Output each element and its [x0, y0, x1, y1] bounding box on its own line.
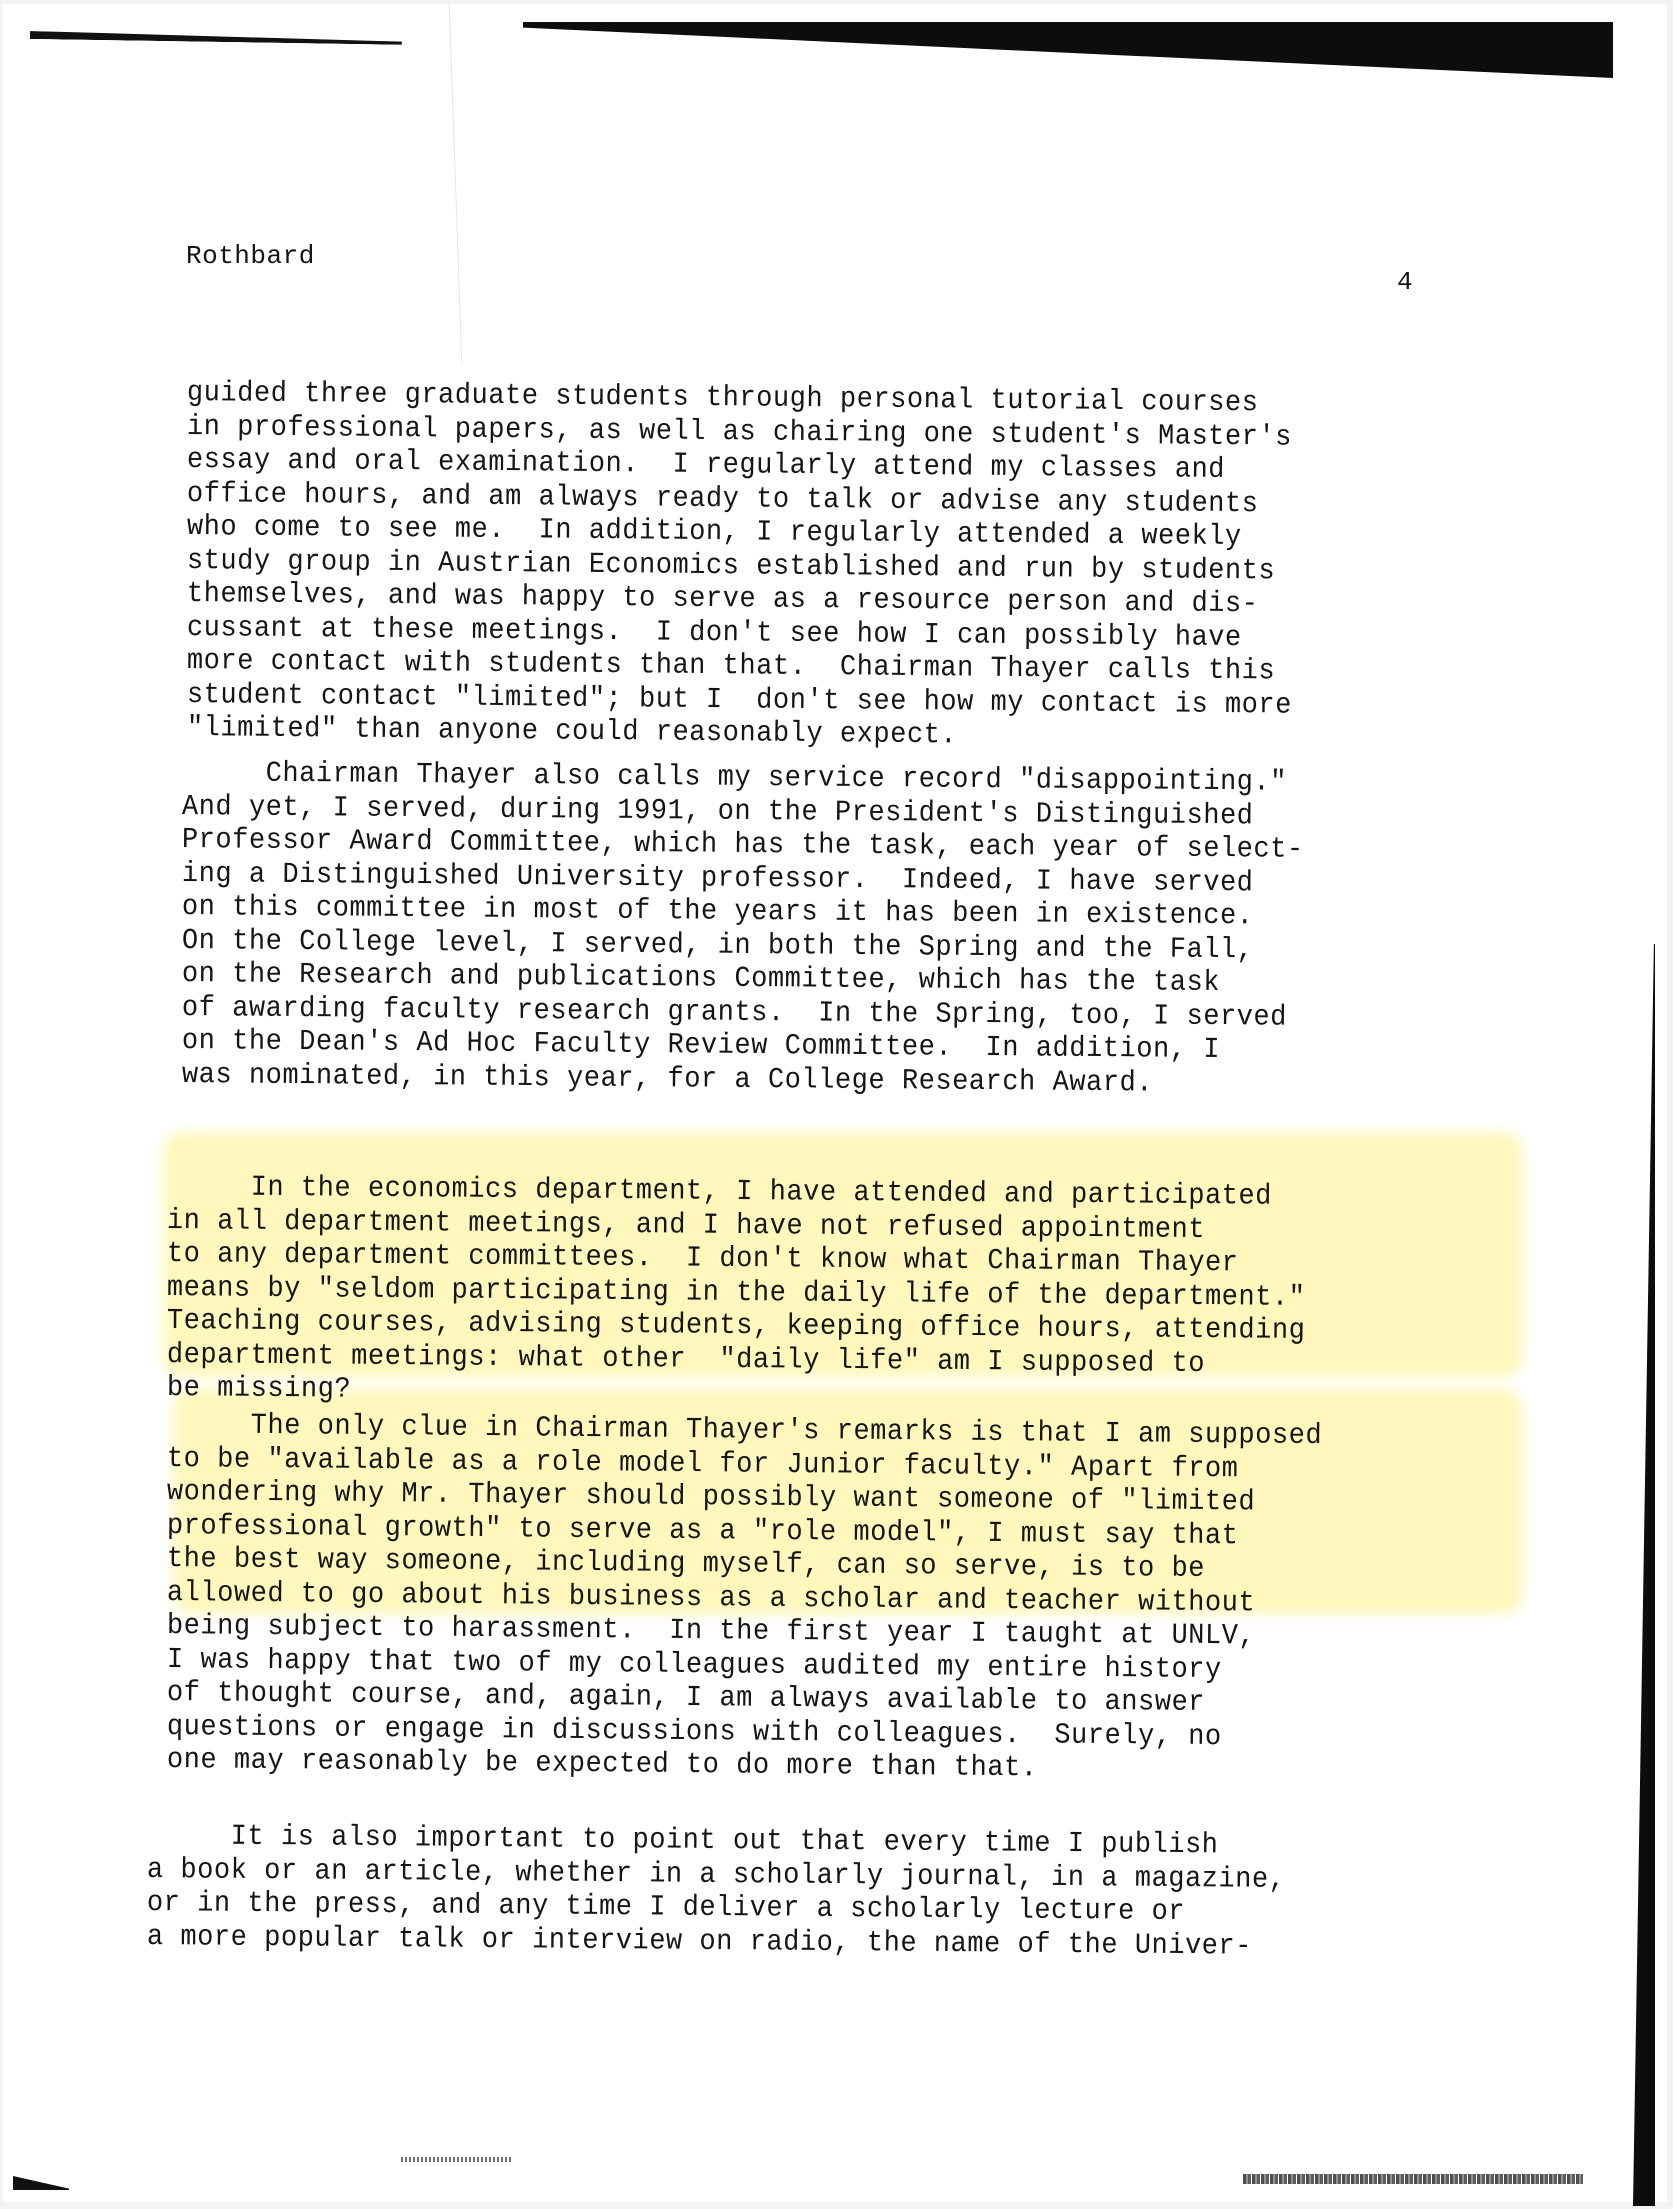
page-number: 4: [1397, 267, 1413, 297]
text-line: be missing?: [167, 1371, 351, 1406]
scan-edge-shadow: [1243, 2174, 1583, 2184]
scan-smudge: [401, 2157, 511, 2162]
scan-edge-shadow: [13, 2176, 69, 2190]
paper-fold-line: [449, 4, 463, 364]
scan-edge-shadow: [30, 31, 402, 45]
scan-edge-shadow: [1633, 944, 1655, 2206]
text-line: one may reasonably be expected to do mor…: [167, 1743, 1038, 1784]
text-line: "limited" than anyone could reasonably e…: [187, 711, 957, 751]
running-head: Rothbard: [186, 241, 315, 271]
scanned-page: Rothbard 4 guided three graduate student…: [3, 4, 1667, 2202]
scan-edge-shadow: [523, 22, 1613, 78]
